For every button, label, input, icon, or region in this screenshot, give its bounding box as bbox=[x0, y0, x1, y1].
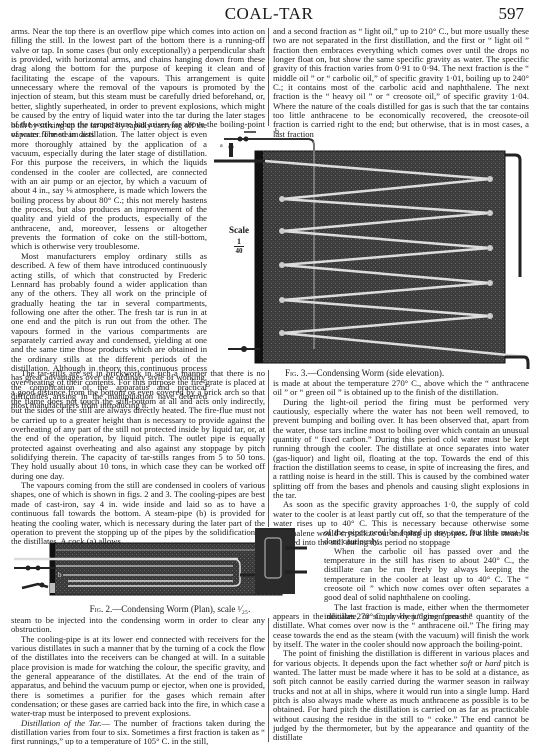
right-column-block-2: is made at about the temperature 270° C.… bbox=[273, 379, 529, 547]
left-column-block-4: steam to be injected into the condensing… bbox=[11, 616, 265, 745]
paragraph: is made at about the temperature 270° C.… bbox=[273, 379, 529, 398]
running-title: COAL-TAR bbox=[0, 4, 538, 24]
paragraph: of the pipes need be feared in any case,… bbox=[324, 528, 529, 547]
paragraph: The tar-stills are set in brickwork in s… bbox=[11, 369, 265, 481]
label-b: b bbox=[275, 127, 279, 136]
label-a: a bbox=[220, 143, 223, 149]
figure-2-end-view bbox=[255, 528, 307, 594]
paragraph: and a second fraction as “ light oil,” u… bbox=[273, 27, 529, 139]
caption-text: —Condensing Worm (Plan), scale bbox=[112, 604, 237, 614]
paragraph: The cooling-pipe is at its lower end con… bbox=[11, 635, 265, 719]
right-column-block-4: appears in the distillate, or simply by … bbox=[273, 612, 529, 743]
figure-3-caption: Fig. 3.—Condensing Worm (side elevation)… bbox=[285, 368, 475, 378]
paragraph: Distillation of the Tar.— The number of … bbox=[11, 719, 265, 745]
right-column-block-3: of the pipes need be feared in any case,… bbox=[324, 528, 529, 621]
page-header: COAL-TAR 597 bbox=[0, 4, 538, 24]
column-rule bbox=[268, 618, 269, 742]
scale-numerator: 1 bbox=[234, 237, 244, 247]
paragraph: appears in the distillate, or simply by … bbox=[273, 612, 529, 649]
paragraph: The point of finishing the distillation … bbox=[273, 649, 529, 742]
caption-text: —Condensing Worm (side elevation). bbox=[308, 368, 445, 378]
paragraph: When the carbolic oil has passed over an… bbox=[324, 547, 529, 603]
column-rule bbox=[268, 370, 269, 527]
paragraph: steam to be injected into the condensing… bbox=[11, 616, 265, 635]
page-number: 597 bbox=[499, 4, 525, 24]
scale-denominator: 40 bbox=[224, 247, 254, 255]
paragraph: During the light-oil period the firing m… bbox=[273, 398, 529, 501]
figure-2-caption: Fig. 2.—Condensing Worm (Plan), scale ¹⁄… bbox=[80, 604, 260, 614]
paragraph: both by stirring up the tar and by rapid… bbox=[11, 121, 207, 252]
label-b: b bbox=[58, 571, 62, 579]
scale-label: Scale bbox=[224, 225, 254, 235]
paragraph: The vapours coming from the still are co… bbox=[11, 481, 265, 546]
figure-3-condensing-worm-elevation: b a bbox=[210, 127, 538, 369]
figure-label: Fig. 2. bbox=[90, 604, 113, 614]
column-rule bbox=[268, 28, 269, 126]
condensing-worm-end-illustration bbox=[255, 528, 307, 594]
right-column-block-1: and a second fraction as “ light oil,” u… bbox=[273, 27, 529, 139]
caption-scale: ¹⁄₂₅. bbox=[238, 604, 251, 614]
left-column-block-3: The tar-stills are set in brickwork in s… bbox=[11, 369, 265, 547]
figure-label: Fig. 3. bbox=[285, 368, 308, 378]
figure-2-condensing-worm-plan: b bbox=[8, 538, 288, 600]
figure-3-scale: Scale 1 40 bbox=[224, 225, 254, 255]
condensing-worm-elevation-illustration bbox=[210, 127, 538, 369]
condensing-worm-plan-illustration bbox=[8, 538, 288, 600]
